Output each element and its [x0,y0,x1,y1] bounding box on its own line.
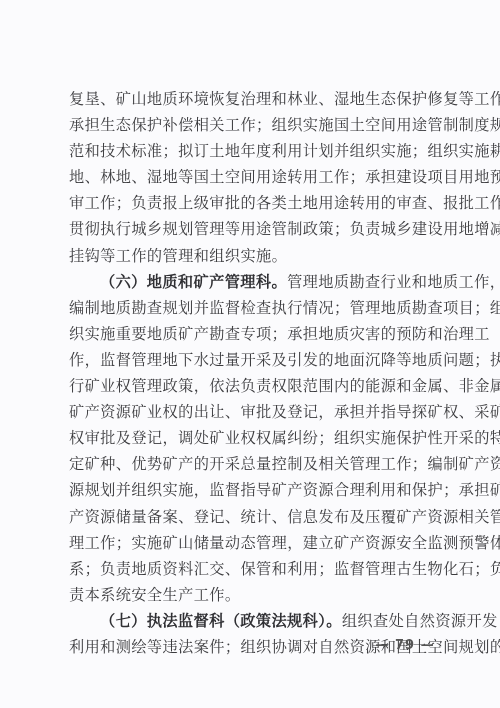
section-heading-law-enforcement: （七）执法监督科（政策法规科）。 [100,612,342,630]
text-line: 范和技术标准；拟订土地年度利用计划并组织实施；组织实施耕 [69,138,455,164]
text-run: 管理地质勘查行业和地质工作， [287,273,500,291]
section-6-first-line: （六）地质和矿产管理科。管理地质勘查行业和地质工作， [69,269,455,295]
text-line: 权审批及登记，调处矿业权权属纠纷；组织实施保护性开采的特 [69,425,455,451]
text-line: 复垦、矿山地质环境恢复治理和林业、湿地生态保护修复等工作； [69,86,455,112]
text-line: 理工作；实施矿山储量动态管理，建立矿产资源安全监测预警体 [69,530,455,556]
text-run: 组织查处自然资源开发 [342,612,498,630]
text-line: 审工作；负责报上级审批的各类土地用途转用的审查、报批工作； [69,190,455,216]
text-line: 源规划并组织实施，监督指导矿产资源合理利用和保护；承担矿 [69,477,455,503]
section-heading-geology-mineral: （六）地质和矿产管理科。 [100,273,287,291]
page-number: — 79 — [370,638,440,653]
text-line: 产资源储量备案、登记、统计、信息发布及压覆矿产资源相关管 [69,504,455,530]
text-line: 地、林地、湿地等国土空间用途转用工作；承担建设项目用地预 [69,164,455,190]
text-line: 贯彻执行城乡规划管理等用途管制政策；负责城乡建设用地增减 [69,216,455,242]
text-line: 承担生态保护补偿相关工作；组织实施国土空间用途管制制度规 [69,112,455,138]
text-line: 织实施重要地质矿产勘查专项；承担地质灾害的预防和治理工 [69,321,455,347]
text-line: 挂钩等工作的管理和组织实施。 [69,243,455,269]
body-text: 复垦、矿山地质环境恢复治理和林业、湿地生态保护修复等工作； 承担生态保护补偿相关… [69,86,455,660]
text-line: 定矿种、优势矿产的开采总量控制及相关管理工作；编制矿产资 [69,451,455,477]
document-page: 复垦、矿山地质环境恢复治理和林业、湿地生态保护修复等工作； 承担生态保护补偿相关… [0,0,500,708]
section-7-first-line: （七）执法监督科（政策法规科）。组织查处自然资源开发 [69,608,455,634]
text-line: 行矿业权管理政策，依法负责权限范围内的能源和金属、非金属 [69,373,455,399]
text-line: 矿产资源矿业权的出让、审批及登记，承担并指导探矿权、采矿 [69,399,455,425]
text-line: 责本系统安全生产工作。 [69,582,455,608]
text-line: 作，监督管理地下水过量开采及引发的地面沉降等地质问题；执 [69,347,455,373]
text-line: 系；负责地质资料汇交、保管和利用；监督管理古生物化石；负 [69,556,455,582]
text-line: 编制地质勘查规划并监督检查执行情况；管理地质勘查项目；组 [69,295,455,321]
